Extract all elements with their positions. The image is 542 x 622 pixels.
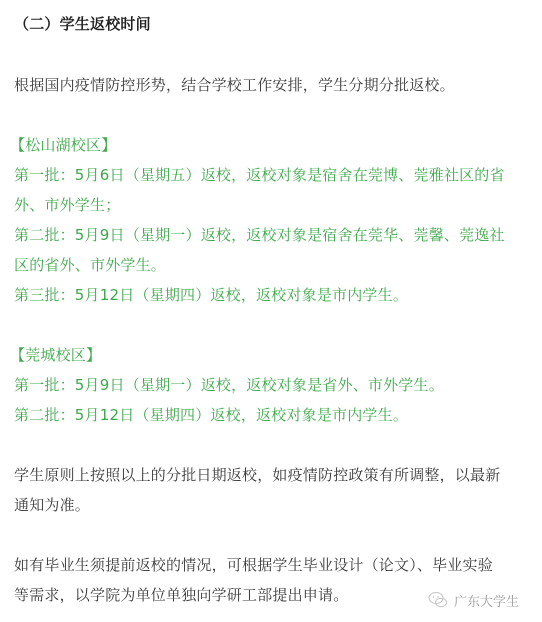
schedule-line: 第一批：5月6日（星期五）返校，返校对象是宿舍在莞博、莞雅社区的省 [14,165,505,185]
graduates-paragraph: 如有毕业生须提前返校的情况，可根据学生毕业设计（论文）、毕业实验 [14,555,493,575]
schedule-line: 第一批：5月9日（星期一）返校，返校对象是省外、市外学生。 [14,375,444,395]
wechat-icon [428,591,448,609]
campus-heading-guancheng: 【莞城校区】 [10,345,101,365]
graduates-paragraph-cont: 等需求，以学院为单位单独向学研工部提出申请。 [14,585,348,605]
watermark-text: 广东大学生 [454,591,519,610]
source-watermark: 广东大学生 [428,588,519,612]
schedule-line: 区的省外、市外学生。 [14,255,166,275]
intro-paragraph: 根据国内疫情防控形势，结合学校工作安排，学生分期分批返校。 [14,75,455,95]
schedule-line: 第二批：5月12日（星期四）返校，返校对象是市内学生。 [14,405,408,425]
schedule-line: 第二批：5月9日（星期一）返校，返校对象是宿舍在莞华、莞馨、莞逸社 [14,225,505,245]
principle-paragraph: 学生原则上按照以上的分批日期返校，如疫情防控政策有所调整，以最新 [14,465,500,485]
principle-paragraph-cont: 通知为准。 [14,495,90,515]
schedule-line: 外、市外学生； [14,195,120,215]
schedule-line: 第三批：5月12日（星期四）返校，返校对象是市内学生。 [14,285,408,305]
section-title: （二）学生返校时间 [14,14,151,34]
campus-heading-songshanhu: 【松山湖校区】 [10,135,116,155]
